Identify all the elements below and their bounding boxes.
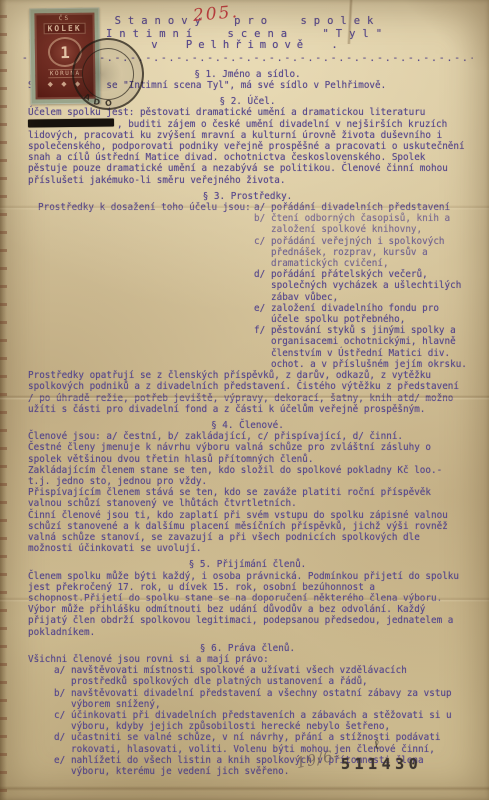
paragraph: Přispívajícím členem stává se ten, kdo s… bbox=[28, 487, 467, 509]
list-item: f/pěstování styků s jinými spolky a orga… bbox=[254, 325, 467, 370]
list-item: b/navštěvovati divadelní představení a v… bbox=[54, 688, 467, 710]
list-item: a/pořádání divadelních představení bbox=[254, 202, 467, 213]
postmark-letter: O bbox=[105, 98, 113, 108]
section-2-text-after: , buditi zájem o české umění divadelní v… bbox=[28, 119, 465, 186]
stamp-label: KOLEK bbox=[43, 23, 85, 35]
list-item-text: navštěvovati místnosti spolkové a užívat… bbox=[71, 665, 467, 687]
section-4-heading: § 4. Členové. bbox=[28, 420, 467, 431]
list-item: c/účinkovati při divadelních představení… bbox=[54, 710, 467, 732]
paragraph: Čestné členy jmenuje k návrhu výboru val… bbox=[28, 442, 467, 464]
section-4: § 4. Členové. Členové jsou: a/ čestní, b… bbox=[28, 420, 467, 554]
list-item-text: pořádání divadelních představení bbox=[271, 202, 467, 213]
list-item-text: pěstování styků s jinými spolky a organi… bbox=[271, 325, 467, 370]
section-3-list: a/pořádání divadelních představeníb/čten… bbox=[254, 202, 467, 370]
stamp-value: 1 bbox=[60, 42, 70, 61]
section-3: § 3. Prostředky. Prostředky k dosažení t… bbox=[28, 191, 467, 415]
list-item-label: c/ bbox=[254, 236, 271, 270]
list-item-label: e/ bbox=[254, 303, 271, 325]
document-page: Stanovy pro spolek Intimní scena "Tyl" v… bbox=[0, 0, 489, 800]
postmark-letter: A bbox=[82, 92, 91, 103]
list-item: e/založení divadelního fondu pro účele s… bbox=[254, 303, 467, 325]
list-item-label: c/ bbox=[54, 710, 71, 732]
horizontal-fold-crease bbox=[0, 786, 489, 791]
section-3-closing: Prostředky opatřují se z členských přísp… bbox=[28, 370, 467, 415]
stamp-country-code: ČS bbox=[59, 15, 70, 22]
section-4-paragraphs: Členové jsou: a/ čestní, b/ zakládající,… bbox=[28, 431, 467, 554]
paragraph: Zakládajícím členem stane se ten, kdo sl… bbox=[28, 465, 467, 487]
list-item: d/pořádání přátelských večerů, společnýc… bbox=[254, 269, 467, 303]
list-item-text: učastniti se valné schůze, v ní návrhy, … bbox=[71, 732, 467, 754]
list-item-label: a/ bbox=[254, 202, 271, 213]
section-5: § 5. Přijímání členů. Členem spolku může… bbox=[28, 559, 467, 637]
list-item-label: d/ bbox=[54, 732, 71, 754]
list-item-text: navštěvovati divadelní představení a vše… bbox=[71, 688, 467, 710]
list-item-text: čtení odborných časopisů, knih a založen… bbox=[271, 213, 467, 235]
handwritten-red-number: 205. bbox=[192, 2, 239, 26]
list-item-text: účinkovati při divadelních představeních… bbox=[71, 710, 467, 732]
postmark-smudge bbox=[78, 55, 125, 93]
list-item-label: d/ bbox=[254, 269, 271, 303]
section-2-body: Účelem spolku jest: pěstovati dramatické… bbox=[28, 107, 467, 185]
paragraph: Činní členové jsou ti, kdo zaplatí při s… bbox=[28, 510, 467, 555]
left-edge-stitching bbox=[0, 0, 7, 800]
postmark-letter: D bbox=[93, 97, 101, 107]
section-6-heading: § 6. Práva členů. bbox=[28, 643, 467, 654]
list-item-text: pořádání veřejných i spolkových přednáše… bbox=[271, 236, 467, 270]
section-3-body: Prostředky k dosažení toho účelu jsou: a… bbox=[28, 202, 467, 370]
redaction-bar bbox=[28, 119, 114, 127]
list-item-label: a/ bbox=[54, 665, 71, 687]
list-item-text: pořádání přátelských večerů, společných … bbox=[271, 269, 467, 303]
typewritten-text: Stanovy pro spolek Intimní scena "Tyl" v… bbox=[28, 16, 467, 777]
section-5-heading: § 5. Přijímání členů. bbox=[28, 559, 467, 570]
list-item: b/čtení odborných časopisů, knih a založ… bbox=[254, 213, 467, 235]
list-item: a/navštěvovati místnosti spolkové a užív… bbox=[54, 665, 467, 687]
section-5-body: Členem spolku může býti každý, i osoba p… bbox=[28, 571, 467, 638]
section-3-heading: § 3. Prostředky. bbox=[28, 191, 467, 202]
list-item: c/pořádání veřejných i spolkových předná… bbox=[254, 236, 467, 270]
section-2: § 2. Účel. Účelem spolku jest: pěstovati… bbox=[28, 96, 467, 186]
list-item-label: b/ bbox=[254, 213, 271, 235]
section-3-intro: Prostředky k dosažení toho účelu jsou: bbox=[38, 202, 251, 213]
list-item-label: f/ bbox=[254, 325, 271, 370]
serial-number-stamp: 511430 bbox=[341, 755, 422, 773]
list-item-text: založení divadelního fondu pro účele spo… bbox=[271, 303, 467, 325]
list-item: d/učastniti se valné schůze, v ní návrhy… bbox=[54, 732, 467, 754]
section-6-intro: Všichni členové jsou rovni si a mají prá… bbox=[28, 654, 467, 665]
list-item-label: e/ bbox=[54, 755, 71, 777]
paragraph: Členové jsou: a/ čestní, b/ zakládající,… bbox=[28, 431, 467, 442]
section-2-text-before: Účelem spolku jest: pěstovati dramatické… bbox=[28, 107, 425, 118]
list-item-label: b/ bbox=[54, 688, 71, 710]
